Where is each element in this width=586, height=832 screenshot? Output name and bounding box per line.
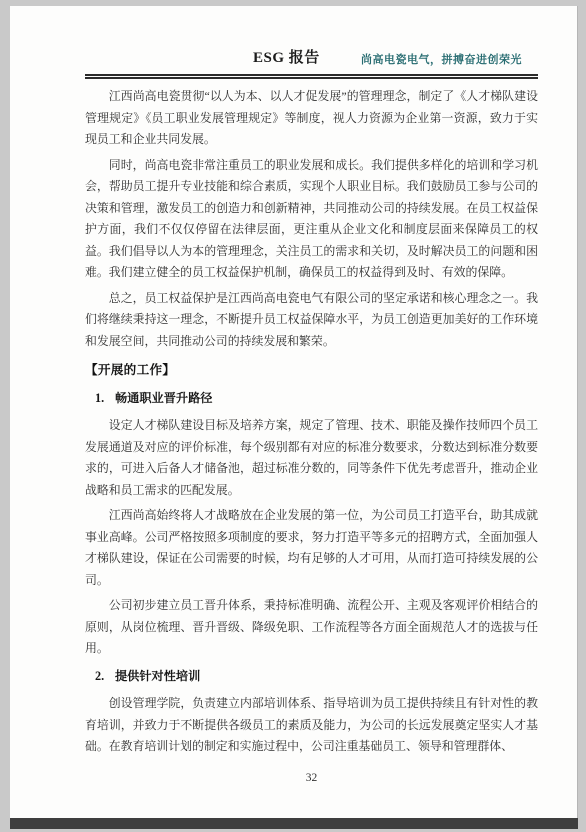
- company-tagline: 尚高电瓷电气，拼搏奋进创荣光: [361, 51, 522, 67]
- scanned-report-page: { "header": { "title": "ESG 报告", "taglin…: [0, 0, 586, 832]
- numbered-item-heading: 2.提供针对性培训: [95, 666, 538, 688]
- item-title: 提供针对性培训: [115, 669, 200, 683]
- paragraph: 江西尚高电瓷贯彻“以人为本、以人才促发展”的管理理念，制定了《人才梯队建设管理规…: [85, 86, 538, 151]
- paragraph: 江西尚高始终将人才战略放在企业发展的第一位，为公司员工打造平台，助其成就事业高峰…: [85, 505, 538, 591]
- paragraph: 总之，员工权益保护是江西尚高电瓷电气有限公司的坚定承诺和核心理念之一。我们将继续…: [85, 288, 538, 353]
- paragraph: 同时，尚高电瓷非常注重员工的职业发展和成长。我们提供多样化的培训和学习机会，帮助…: [85, 155, 538, 284]
- page-header: ESG 报告 尚高电瓷电气，拼搏奋进创荣光: [85, 46, 538, 68]
- page-number: 32: [85, 772, 538, 784]
- scan-shadow-band: [10, 818, 578, 829]
- report-title: ESG 报告: [253, 46, 320, 67]
- item-title: 畅通职业晋升路径: [115, 391, 213, 405]
- item-number: 2.: [95, 666, 115, 688]
- header-divider-rule: [85, 74, 538, 79]
- paragraph: 创设管理学院，负责建立内部培训体系、指导培训为员工提供持续且有针对性的教育培训，…: [85, 693, 538, 758]
- paragraph: 设定人才梯队建设目标及培养方案，规定了管理、技术、职能及操作技师四个员工发展通道…: [85, 415, 538, 501]
- numbered-item-heading: 1.畅通职业晋升路径: [95, 388, 538, 410]
- document-page: ESG 报告 尚高电瓷电气，拼搏奋进创荣光 江西尚高电瓷贯彻“以人为本、以人才促…: [10, 6, 578, 818]
- section-heading: 【开展的工作】: [85, 360, 538, 382]
- paragraph: 公司初步建立员工晋升体系，秉持标准明确、流程公开、主观及客观评价相结合的原则，从…: [85, 595, 538, 660]
- item-number: 1.: [95, 388, 115, 410]
- document-body: 江西尚高电瓷贯彻“以人为本、以人才促发展”的管理理念，制定了《人才梯队建设管理规…: [85, 86, 538, 758]
